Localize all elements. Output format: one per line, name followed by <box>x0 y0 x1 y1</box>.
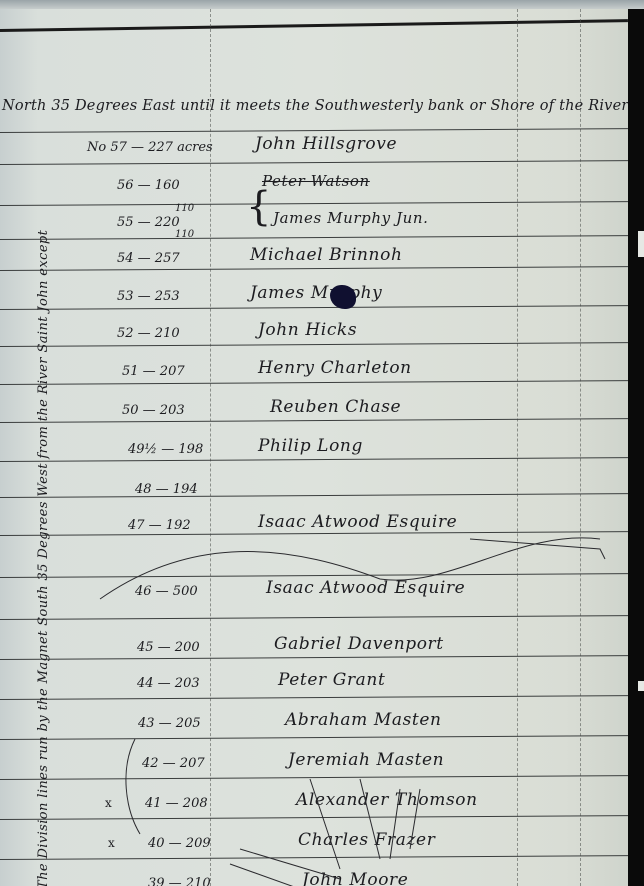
scan-artifact <box>638 231 644 257</box>
ledger-page: North 35 Degrees East until it meets the… <box>0 9 628 886</box>
scan-artifact <box>638 681 644 691</box>
scan-right-edge <box>628 9 644 886</box>
scan-top-edge <box>0 0 644 9</box>
survey-sketch-lines <box>0 9 628 886</box>
